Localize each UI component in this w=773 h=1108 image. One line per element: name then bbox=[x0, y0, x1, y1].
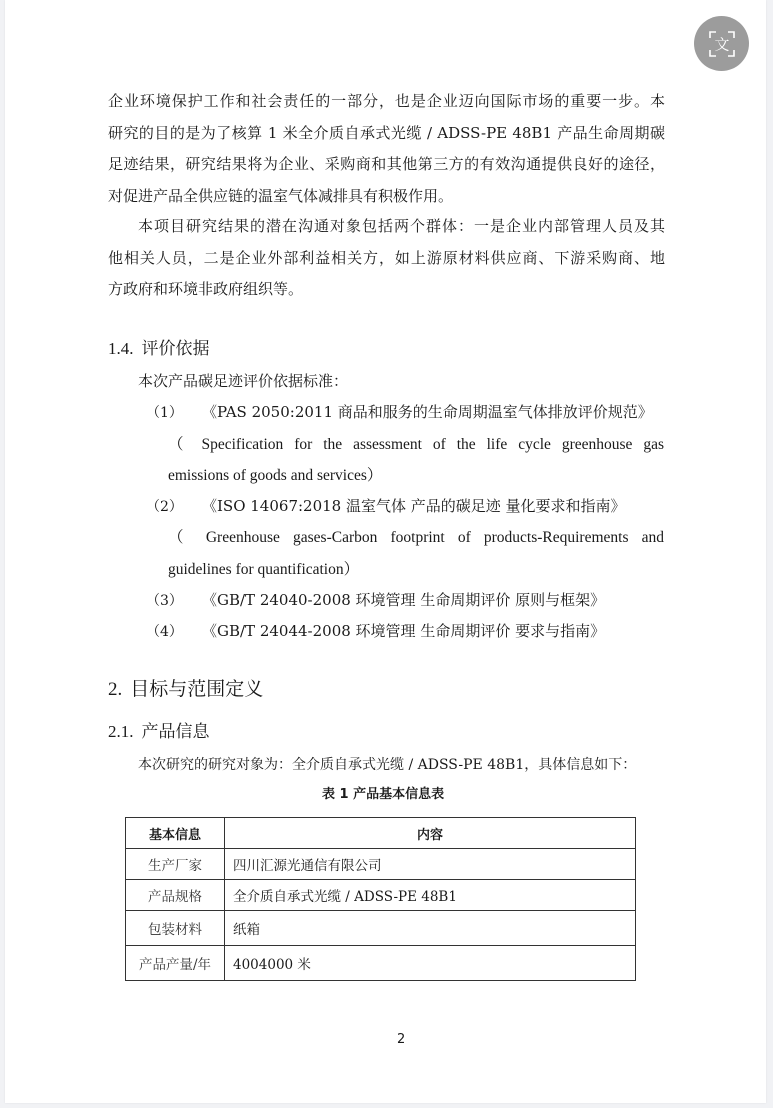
standard-title: 《GB/T 24040-2008 环境管理 生命周期评价 原则与框架》 bbox=[202, 591, 605, 609]
section-title: 目标与范围定义 bbox=[130, 678, 263, 700]
table-row: 产品规格 全介质自承式光缆 / ADSS-PE 48B1 bbox=[126, 880, 636, 911]
table-cell-label: 产品规格 bbox=[126, 880, 225, 911]
product-intro: 本次研究的研究对象为：全介质自承式光缆 / ADSS-PE 48B1，具体信息如… bbox=[138, 750, 636, 781]
table-cell-value: 四川汇源光通信有限公司 bbox=[225, 849, 636, 880]
standard-english-title-cont: guidelines for quantification） bbox=[168, 554, 359, 585]
standard-title: 《PAS 2050:2011 商品和服务的生命周期温室气体排放评价规范》 bbox=[202, 403, 653, 421]
standard-item-3: （3）《GB/T 24040-2008 环境管理 生命周期评价 原则与框架》 bbox=[146, 585, 605, 617]
standard-english-title: （ Specification for the assessment of th… bbox=[168, 429, 664, 460]
table-cell-value: 全介质自承式光缆 / ADSS-PE 48B1 bbox=[225, 880, 636, 911]
item-number: （2） bbox=[146, 492, 202, 523]
standard-title: 《GB/T 24044-2008 环境管理 生命周期评价 要求与指南》 bbox=[202, 622, 605, 640]
paragraph-line: 方政府和环境非政府组织等。 bbox=[108, 274, 665, 306]
table-row: 包装材料 纸箱 bbox=[126, 911, 636, 946]
translate-glyph: 文 bbox=[714, 35, 729, 53]
section-number: 2.1. bbox=[108, 722, 134, 741]
product-info-table: 基本信息 内容 生产厂家 四川汇源光通信有限公司 产品规格 全介质自承式光缆 /… bbox=[125, 817, 636, 981]
translate-button[interactable]: 文 bbox=[694, 16, 749, 71]
paragraph-audience: 本项目研究结果的潜在沟通对象包括两个群体：一是企业内部管理人员及其 他相关人员，… bbox=[108, 211, 665, 306]
standard-english-title-cont: emissions of goods and services） bbox=[168, 460, 382, 491]
section-heading-2-1: 2.1.产品信息 bbox=[108, 717, 210, 742]
table-header-cell: 内容 bbox=[225, 818, 636, 849]
paragraph-line: 对促进产品全供应链的温室气体减排具有积极作用。 bbox=[108, 181, 665, 213]
page-number: 2 bbox=[397, 1032, 405, 1047]
item-number: （1） bbox=[146, 398, 202, 429]
translate-icon: 文 bbox=[707, 29, 737, 59]
section-title: 产品信息 bbox=[142, 722, 210, 742]
table-cell-label: 生产厂家 bbox=[126, 849, 225, 880]
section-heading-1-4: 1.4.评价依据 bbox=[108, 334, 210, 359]
item-number: （4） bbox=[146, 617, 202, 648]
table-row: 产品产量/年 4004000 米 bbox=[126, 946, 636, 981]
table-header-cell: 基本信息 bbox=[126, 818, 225, 849]
standard-english-title: （ Greenhouse gases-Carbon footprint of p… bbox=[168, 522, 664, 553]
paragraph-purpose: 企业环境保护工作和社会责任的一部分，也是企业迈向国际市场的重要一步。本 研究的目… bbox=[108, 86, 665, 212]
paragraph-line: 研究的目的是为了核算 1 米全介质自承式光缆 / ADSS-PE 48B1 产品… bbox=[108, 118, 665, 150]
standard-item-4: （4）《GB/T 24044-2008 环境管理 生命周期评价 要求与指南》 bbox=[146, 616, 605, 648]
table-cell-label: 产品产量/年 bbox=[126, 946, 225, 981]
table-cell-label: 包装材料 bbox=[126, 911, 225, 946]
item-number: （3） bbox=[146, 586, 202, 617]
table-cell-value: 纸箱 bbox=[225, 911, 636, 946]
standard-item-2: （2）《ISO 14067:2018 温室气体 产品的碳足迹 量化要求和指南》 bbox=[146, 491, 626, 523]
standard-title: 《ISO 14067:2018 温室气体 产品的碳足迹 量化要求和指南》 bbox=[202, 497, 626, 515]
section-heading-2: 2.目标与范围定义 bbox=[108, 674, 263, 701]
table-header-row: 基本信息 内容 bbox=[126, 818, 636, 849]
table-cell-value: 4004000 米 bbox=[225, 946, 636, 981]
paragraph-line: 企业环境保护工作和社会责任的一部分，也是企业迈向国际市场的重要一步。本 bbox=[108, 86, 665, 118]
section-number: 1.4. bbox=[108, 339, 134, 358]
table-row: 生产厂家 四川汇源光通信有限公司 bbox=[126, 849, 636, 880]
section-number: 2. bbox=[108, 679, 122, 700]
standards-intro: 本次产品碳足迹评价依据标准： bbox=[138, 366, 348, 397]
section-title: 评价依据 bbox=[142, 339, 210, 359]
standard-item-1: （1）《PAS 2050:2011 商品和服务的生命周期温室气体排放评价规范》 bbox=[146, 397, 653, 429]
paragraph-line: 本项目研究结果的潜在沟通对象包括两个群体：一是企业内部管理人员及其 bbox=[108, 211, 665, 243]
paragraph-line: 他相关人员，二是企业外部利益相关方，如上游原材料供应商、下游采购商、地 bbox=[108, 243, 665, 275]
paragraph-line: 足迹结果，研究结果将为企业、采购商和其他第三方的有效沟通提供良好的途径， bbox=[108, 149, 665, 181]
table-caption: 表 1 产品基本信息表 bbox=[322, 783, 444, 802]
